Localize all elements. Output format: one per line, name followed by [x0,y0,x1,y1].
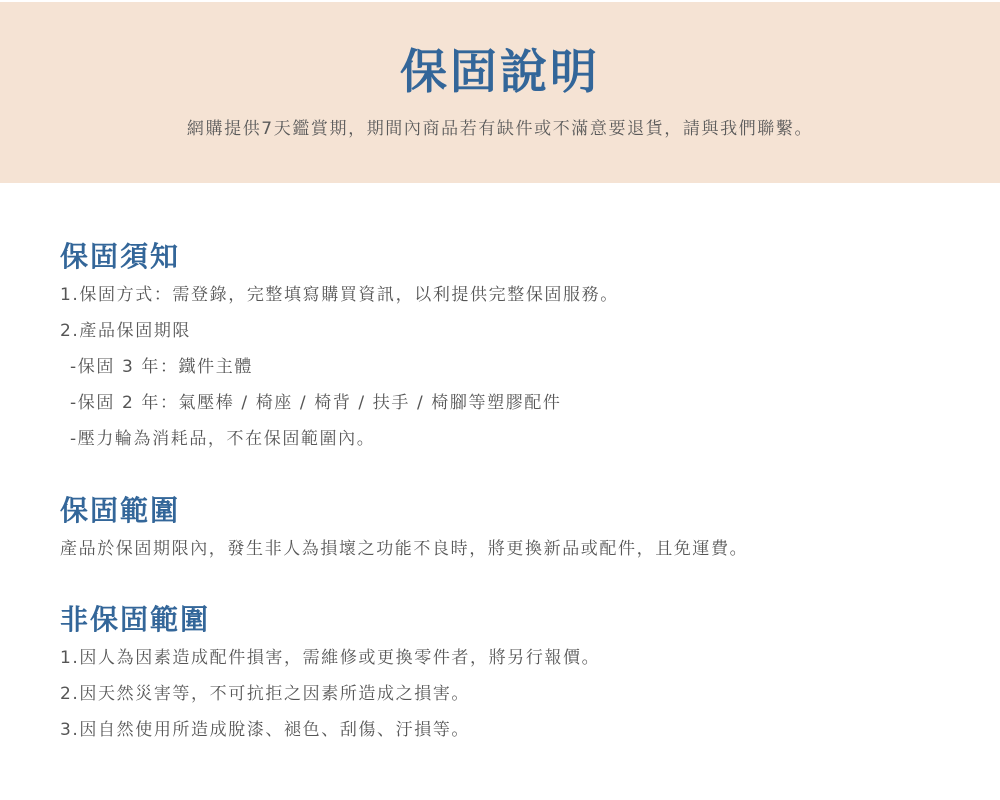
list-item: 產品於保固期限內，發生非人為損壞之功能不良時，將更換新品或配件，且免運費。 [60,531,960,567]
section-warranty-scope: 保固範圍 產品於保固期限內，發生非人為損壞之功能不良時，將更換新品或配件，且免運… [60,491,960,567]
list-item: 2.產品保固期限 [60,313,960,349]
list-sub-item: -保固 3 年：鐵件主體 [60,349,960,385]
section-title: 保固範圍 [60,491,960,531]
list-item: 3.因自然使用所造成脫漆、褪色、刮傷、汙損等。 [60,712,960,748]
list-sub-item: -壓力輪為消耗品，不在保固範圍內。 [60,421,960,457]
section-warranty-notice: 保固須知 1.保固方式：需登錄，完整填寫購買資訊，以利提供完整保固服務。 2.產… [60,237,960,457]
section-title: 保固須知 [60,237,960,277]
list-item: 2.因天然災害等，不可抗拒之因素所造成之損害。 [60,676,960,712]
page-title: 保固說明 [0,40,1000,106]
page-subtitle: 網購提供7天鑑賞期，期間內商品若有缺件或不滿意要退貨，請與我們聯繫。 [0,116,1000,142]
section-title: 非保固範圍 [60,600,960,640]
section-non-warranty-scope: 非保固範圍 1.因人為因素造成配件損害，需維修或更換零件者，將另行報價。 2.因… [60,600,960,748]
header-banner: 保固說明 網購提供7天鑑賞期，期間內商品若有缺件或不滿意要退貨，請與我們聯繫。 [0,2,1000,183]
list-item: 1.保固方式：需登錄，完整填寫購買資訊，以利提供完整保固服務。 [60,277,960,313]
list-sub-item: -保固 2 年：氣壓棒 / 椅座 / 椅背 / 扶手 / 椅腳等塑膠配件 [60,385,960,421]
list-item: 1.因人為因素造成配件損害，需維修或更換零件者，將另行報價。 [60,640,960,676]
